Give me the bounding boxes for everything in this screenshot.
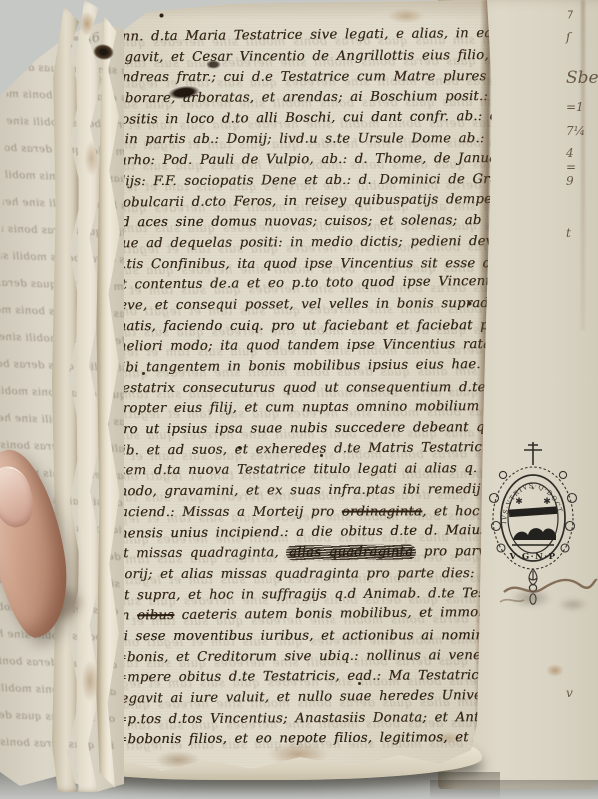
ink-blot — [206, 60, 221, 69]
scribbled-word: alias quadraginta — [286, 545, 416, 561]
ink-flourish — [498, 562, 598, 618]
edge-fragment: 4 — [566, 146, 574, 160]
thumb-nail — [0, 461, 40, 532]
seal-initials: V·G·N·P — [508, 552, 556, 562]
page-shadow — [430, 780, 598, 799]
edge-fragment: ſ — [566, 30, 570, 44]
edge-fragment: Sbe — [566, 68, 598, 88]
edge-fragment: = — [566, 160, 576, 174]
edge-fragment: ⁊ — [566, 6, 572, 20]
seal-cross-icon — [524, 442, 542, 465]
ink-shadow — [558, 598, 588, 611]
edge-fragment: 9 — [566, 174, 574, 188]
stain-spot — [546, 664, 564, 677]
seal-star-right: ✱ — [543, 497, 551, 507]
seal-trimount — [513, 528, 556, 540]
struck-word: oibus — [137, 608, 174, 623]
edge-fragment: v — [566, 686, 573, 700]
seal-star-left: ✱ — [515, 497, 523, 507]
ink-specks — [238, 446, 241, 449]
struck-word: ordinaginta — [342, 504, 422, 519]
seal-star-small: ✶ — [531, 486, 535, 492]
edge-fragment: 7¼ — [566, 124, 585, 138]
ink-shadow — [510, 588, 552, 608]
photo-of-manuscript: { "manuscript": { "language_hint": "Lati… — [0, 0, 598, 799]
edge-fragment: =1 — [566, 100, 584, 114]
edge-fragment: t — [566, 226, 571, 240]
seal-band — [509, 506, 557, 517]
